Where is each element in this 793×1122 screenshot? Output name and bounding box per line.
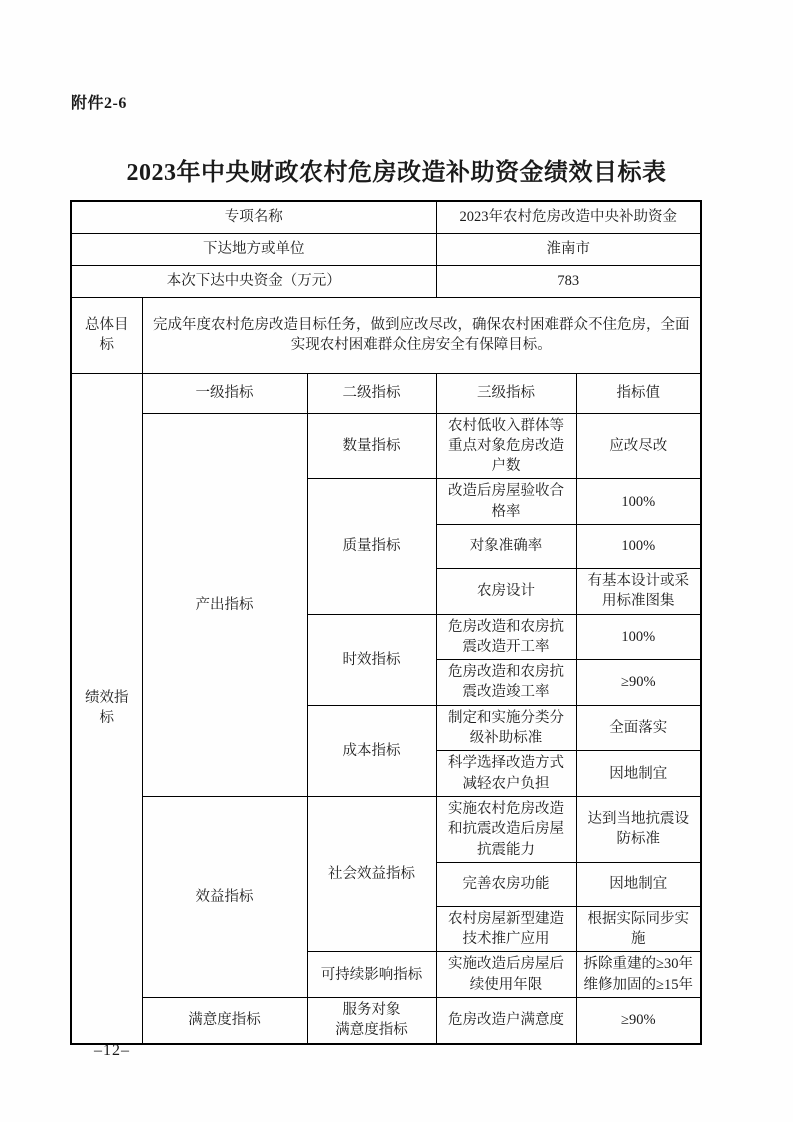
level3-cell: 实施改造后房屋后续使用年限 <box>436 952 576 998</box>
overall-goal-row: 总体目标 完成年度农村危房改造目标任务，做到应改尽改，确保农村困难群众不住危房，… <box>71 297 701 373</box>
value-cell: 100% <box>576 524 701 568</box>
level2-quality-cell: 质量指标 <box>307 479 436 614</box>
level3-cell: 改造后房屋验收合格率 <box>436 479 576 525</box>
level3-cell: 危房改造户满意度 <box>436 998 576 1044</box>
value-cell: ≥90% <box>576 998 701 1044</box>
indicator-header-row: 绩效指标 一级指标 二级指标 三级指标 指标值 <box>71 373 701 413</box>
level3-cell: 科学选择改造方式减轻农户负担 <box>436 751 576 797</box>
header-level2-cell: 二级指标 <box>307 373 436 413</box>
value-cell: ≥90% <box>576 660 701 706</box>
info-row-spec-name: 专项名称 2023年农村危房改造中央补助资金 <box>71 201 701 233</box>
region-label-cell: 下达地方或单位 <box>71 233 436 265</box>
level3-cell: 危房改造和农房抗震改造竣工率 <box>436 660 576 706</box>
fund-amount-label-cell: 本次下达中央资金（万元） <box>71 265 436 297</box>
spec-name-label-cell: 专项名称 <box>71 201 436 233</box>
level2-social-benefit-cell: 社会效益指标 <box>307 796 436 951</box>
value-cell: 应改尽改 <box>576 413 701 479</box>
fund-amount-value-cell: 783 <box>436 265 701 297</box>
level2-sustainability-cell: 可持续影响指标 <box>307 952 436 998</box>
value-cell: 全面落实 <box>576 705 701 751</box>
header-level1-cell: 一级指标 <box>142 373 307 413</box>
header-level3-cell: 三级指标 <box>436 373 576 413</box>
info-row-region: 下达地方或单位 淮南市 <box>71 233 701 265</box>
indicator-row: 效益指标 社会效益指标 实施农村危房改造和抗震改造后房屋抗震能力 达到当地抗震设… <box>71 796 701 862</box>
document-page: 附件2-6 2023年中央财政农村危房改造补助资金绩效目标表 专项名称 2023… <box>0 0 793 1122</box>
header-value-cell: 指标值 <box>576 373 701 413</box>
value-cell: 拆除重建的≥30年 维修加固的≥15年 <box>576 952 701 998</box>
level2-timeliness-cell: 时效指标 <box>307 614 436 705</box>
level3-cell: 实施农村危房改造和抗震改造后房屋抗震能力 <box>436 796 576 862</box>
indicator-row: 产出指标 数量指标 农村低收入群体等重点对象危房改造户数 应改尽改 <box>71 413 701 479</box>
level2-service-satisfaction-cell: 服务对象 满意度指标 <box>307 998 436 1044</box>
level3-cell: 制定和实施分类分级补助标准 <box>436 705 576 751</box>
value-cell: 达到当地抗震设防标准 <box>576 796 701 862</box>
value-cell: 因地制宜 <box>576 751 701 797</box>
page-number: –12– <box>94 1042 130 1060</box>
attachment-label: 附件2-6 <box>71 90 127 113</box>
overall-goal-text-cell: 完成年度农村危房改造目标任务，做到应改尽改，确保农村困难群众不住危房，全面实现农… <box>142 297 701 373</box>
value-cell: 有基本设计或采用标准图集 <box>576 568 701 614</box>
level2-quantity-cell: 数量指标 <box>307 413 436 479</box>
level3-cell: 危房改造和农房抗震改造开工率 <box>436 614 576 660</box>
level1-satisfaction-cell: 满意度指标 <box>142 998 307 1044</box>
performance-indicator-section-cell: 绩效指标 <box>71 373 142 1044</box>
spec-name-value-cell: 2023年农村危房改造中央补助资金 <box>436 201 701 233</box>
level3-cell: 农村低收入群体等重点对象危房改造户数 <box>436 413 576 479</box>
level1-output-cell: 产出指标 <box>142 413 307 796</box>
indicator-row: 满意度指标 服务对象 满意度指标 危房改造户满意度 ≥90% <box>71 998 701 1044</box>
level2-cost-cell: 成本指标 <box>307 705 436 796</box>
value-cell: 因地制宜 <box>576 862 701 906</box>
level3-cell: 农房设计 <box>436 568 576 614</box>
value-cell: 100% <box>576 479 701 525</box>
level3-cell: 农村房屋新型建造技术推广应用 <box>436 906 576 952</box>
value-cell: 100% <box>576 614 701 660</box>
level3-cell: 完善农房功能 <box>436 862 576 906</box>
overall-goal-label-cell: 总体目标 <box>71 297 142 373</box>
level3-cell: 对象准确率 <box>436 524 576 568</box>
region-value-cell: 淮南市 <box>436 233 701 265</box>
document-title: 2023年中央财政农村危房改造补助资金绩效目标表 <box>0 152 793 187</box>
info-row-fund-amount: 本次下达中央资金（万元） 783 <box>71 265 701 297</box>
level1-benefit-cell: 效益指标 <box>142 796 307 997</box>
performance-target-table: 专项名称 2023年农村危房改造中央补助资金 下达地方或单位 淮南市 本次下达中… <box>70 200 702 1045</box>
value-cell: 根据实际同步实施 <box>576 906 701 952</box>
